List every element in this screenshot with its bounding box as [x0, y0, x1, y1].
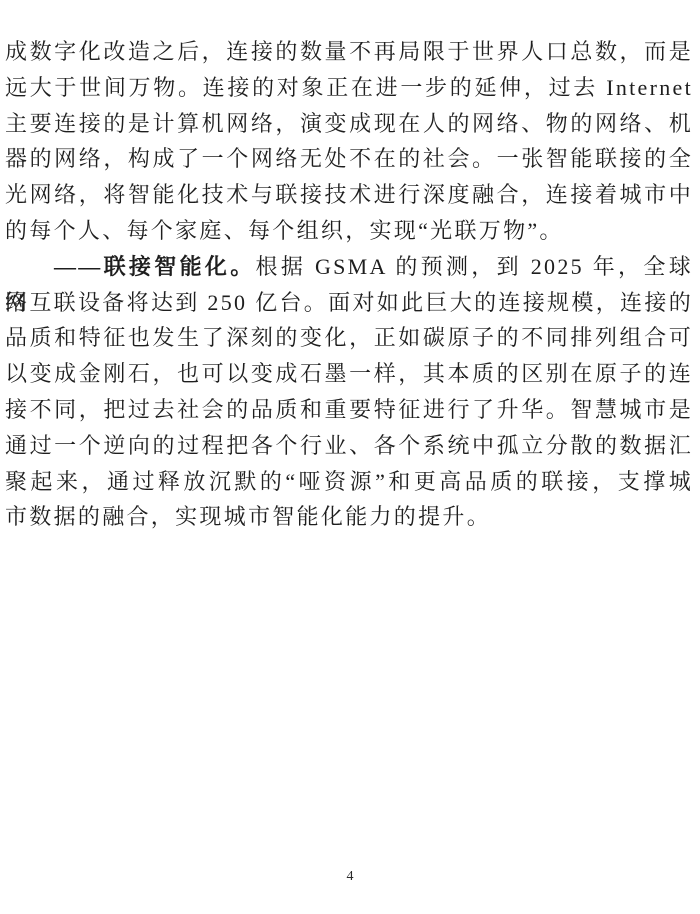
- text-line: 通过一个逆向的过程把各个行业、各个系统中孤立分散的数据汇: [5, 428, 693, 464]
- text-line: 器的网络，构成了一个网络无处不在的社会。一张智能联接的全: [5, 141, 693, 177]
- text-line: 以变成金刚石，也可以变成石墨一样，其本质的区别在原子的连: [5, 356, 693, 392]
- text-run: 聚起来，通过释放沉默的“哑资源”和更高品质的联接，支撑城: [5, 469, 693, 494]
- text-run: 的每个人、每个家庭、每个组织，实现“光联万物”。: [5, 218, 564, 243]
- text-run: 市数据的融合，实现城市智能化能力的提升。: [5, 504, 491, 529]
- document-page: 成数字化改造之后，连接的数量不再局限于世界人口总数，而是远大于世间万物。连接的对…: [0, 0, 700, 914]
- text-run: 品质和特征也发生了深刻的变化，正如碳原子的不同排列组合可: [5, 325, 693, 350]
- page-number: 4: [0, 869, 700, 885]
- text-line: ——联接智能化。根据 GSMA 的预测，到 2025 年，全球网: [5, 249, 693, 285]
- text-run: 接不同，把过去社会的品质和重要特征进行了升华。智慧城市是: [5, 397, 693, 422]
- text-run: 器的网络，构成了一个网络无处不在的社会。一张智能联接的全: [5, 146, 693, 171]
- text-run: 络互联设备将达到 250 亿台。面对如此巨大的连接规模，连接的: [5, 290, 693, 315]
- page-body: 成数字化改造之后，连接的数量不再局限于世界人口总数，而是远大于世间万物。连接的对…: [5, 34, 693, 535]
- text-run: 通过一个逆向的过程把各个行业、各个系统中孤立分散的数据汇: [5, 433, 693, 458]
- bold-run: ——联接智能化。: [54, 254, 256, 279]
- text-run: 远大于世间万物。连接的对象正在进一步的延伸，过去 Internet: [5, 75, 693, 100]
- text-line: 主要连接的是计算机网络，演变成现在人的网络、物的网络、机: [5, 106, 693, 142]
- text-run: 主要连接的是计算机网络，演变成现在人的网络、物的网络、机: [5, 111, 693, 136]
- text-line: 聚起来，通过释放沉默的“哑资源”和更高品质的联接，支撑城: [5, 464, 693, 500]
- text-line: 的每个人、每个家庭、每个组织，实现“光联万物”。: [5, 213, 693, 249]
- text-line: 络互联设备将达到 250 亿台。面对如此巨大的连接规模，连接的: [5, 285, 693, 321]
- text-line: 市数据的融合，实现城市智能化能力的提升。: [5, 499, 693, 535]
- text-run: 以变成金刚石，也可以变成石墨一样，其本质的区别在原子的连: [5, 361, 693, 386]
- text-line: 光网络，将智能化技术与联接技术进行深度融合，连接着城市中: [5, 177, 693, 213]
- text-line: 成数字化改造之后，连接的数量不再局限于世界人口总数，而是: [5, 34, 693, 70]
- text-line: 远大于世间万物。连接的对象正在进一步的延伸，过去 Internet: [5, 70, 693, 106]
- text-line: 品质和特征也发生了深刻的变化，正如碳原子的不同排列组合可: [5, 320, 693, 356]
- text-run: 成数字化改造之后，连接的数量不再局限于世界人口总数，而是: [5, 39, 693, 64]
- text-line: 接不同，把过去社会的品质和重要特征进行了升华。智慧城市是: [5, 392, 693, 428]
- text-run: 光网络，将智能化技术与联接技术进行深度融合，连接着城市中: [5, 182, 693, 207]
